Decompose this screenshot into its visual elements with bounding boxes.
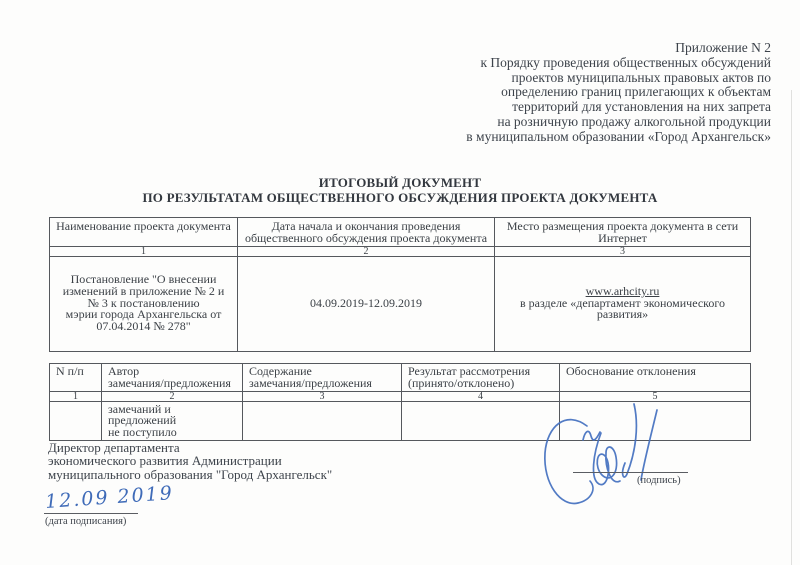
t1-cell-dates: 04.09.2019-12.09.2019 bbox=[238, 256, 495, 351]
t1-header-location: Место размещения проекта документа в сет… bbox=[495, 218, 751, 247]
appendix-line: в муниципальном образовании «Город Архан… bbox=[466, 130, 771, 145]
t2-cell-content bbox=[243, 401, 402, 440]
appendix-line: проектов муниципальных правовых актов по bbox=[466, 71, 771, 86]
date-line bbox=[44, 513, 138, 514]
signatory-title-block: Директор департамента экономического раз… bbox=[48, 441, 332, 481]
t2-header-author: Автор замечания/предложения bbox=[102, 364, 243, 392]
t2-column-number: 1 bbox=[50, 391, 102, 401]
appendix-line: Приложение N 2 bbox=[466, 41, 771, 56]
t2-column-number: 2 bbox=[102, 391, 243, 401]
handwritten-date: 12.09 2019 bbox=[44, 482, 174, 513]
signature-line bbox=[573, 472, 688, 473]
document-title: ИТОГОВЫЙ ДОКУМЕНТ ПО РЕЗУЛЬТАТАМ ОБЩЕСТВ… bbox=[0, 176, 800, 205]
signature-scribble bbox=[540, 400, 700, 515]
signatory-line: Директор департамента bbox=[48, 441, 332, 454]
document-title-line2: ПО РЕЗУЛЬТАТАМ ОБЩЕСТВЕННОГО ОБСУЖДЕНИЯ … bbox=[0, 191, 800, 206]
signatory-line: муниципального образования "Город Арханг… bbox=[48, 468, 332, 481]
signatory-line: экономического развития Администрации bbox=[48, 454, 332, 467]
t2-cell-result bbox=[402, 401, 560, 440]
t2-cell-number bbox=[50, 401, 102, 440]
appendix-line: на розничную продажу алкогольной продукц… bbox=[466, 115, 771, 130]
date-label: (дата подписания) bbox=[45, 516, 126, 527]
t2-header-justification: Обоснование отклонения bbox=[560, 364, 751, 392]
t2-column-number: 4 bbox=[402, 391, 560, 401]
t2-column-number: 3 bbox=[243, 391, 402, 401]
project-info-table: Наименование проекта документа Дата нача… bbox=[49, 217, 751, 352]
t1-cell-location: www.arhcity.ru в разделе «департамент эк… bbox=[495, 256, 751, 351]
t1-column-number: 1 bbox=[50, 246, 238, 256]
t2-header-result: Результат рассмотрения (принято/отклонен… bbox=[402, 364, 560, 392]
site-section-note: в разделе «департамент экономического ра… bbox=[501, 298, 744, 322]
t1-column-number: 3 bbox=[495, 246, 751, 256]
document-title-line1: ИТОГОВЫЙ ДОКУМЕНТ bbox=[0, 176, 800, 191]
t1-column-number: 2 bbox=[238, 246, 495, 256]
signature-label: (подпись) bbox=[637, 475, 681, 486]
appendix-line: территорий для установления на них запре… bbox=[466, 100, 771, 115]
t2-cell-author: замечаний и предложений не поступило bbox=[102, 401, 243, 440]
t2-header-content: Содержание замечания/предложения bbox=[243, 364, 402, 392]
t1-header-dates: Дата начала и окончания проведения общес… bbox=[238, 218, 495, 247]
appendix-header: Приложение N 2 к Порядку проведения обще… bbox=[466, 41, 771, 145]
t1-cell-project-name: Постановление "О внесении изменений в пр… bbox=[50, 256, 238, 351]
appendix-line: определению границ прилегающих к объекта… bbox=[466, 85, 771, 100]
scan-edge-artifact bbox=[791, 90, 792, 565]
t1-header-project-name: Наименование проекта документа bbox=[50, 218, 238, 247]
document-page: Приложение N 2 к Порядку проведения обще… bbox=[0, 0, 800, 565]
t2-header-number: N п/п bbox=[50, 364, 102, 392]
appendix-line: к Порядку проведения общественных обсужд… bbox=[466, 56, 771, 71]
